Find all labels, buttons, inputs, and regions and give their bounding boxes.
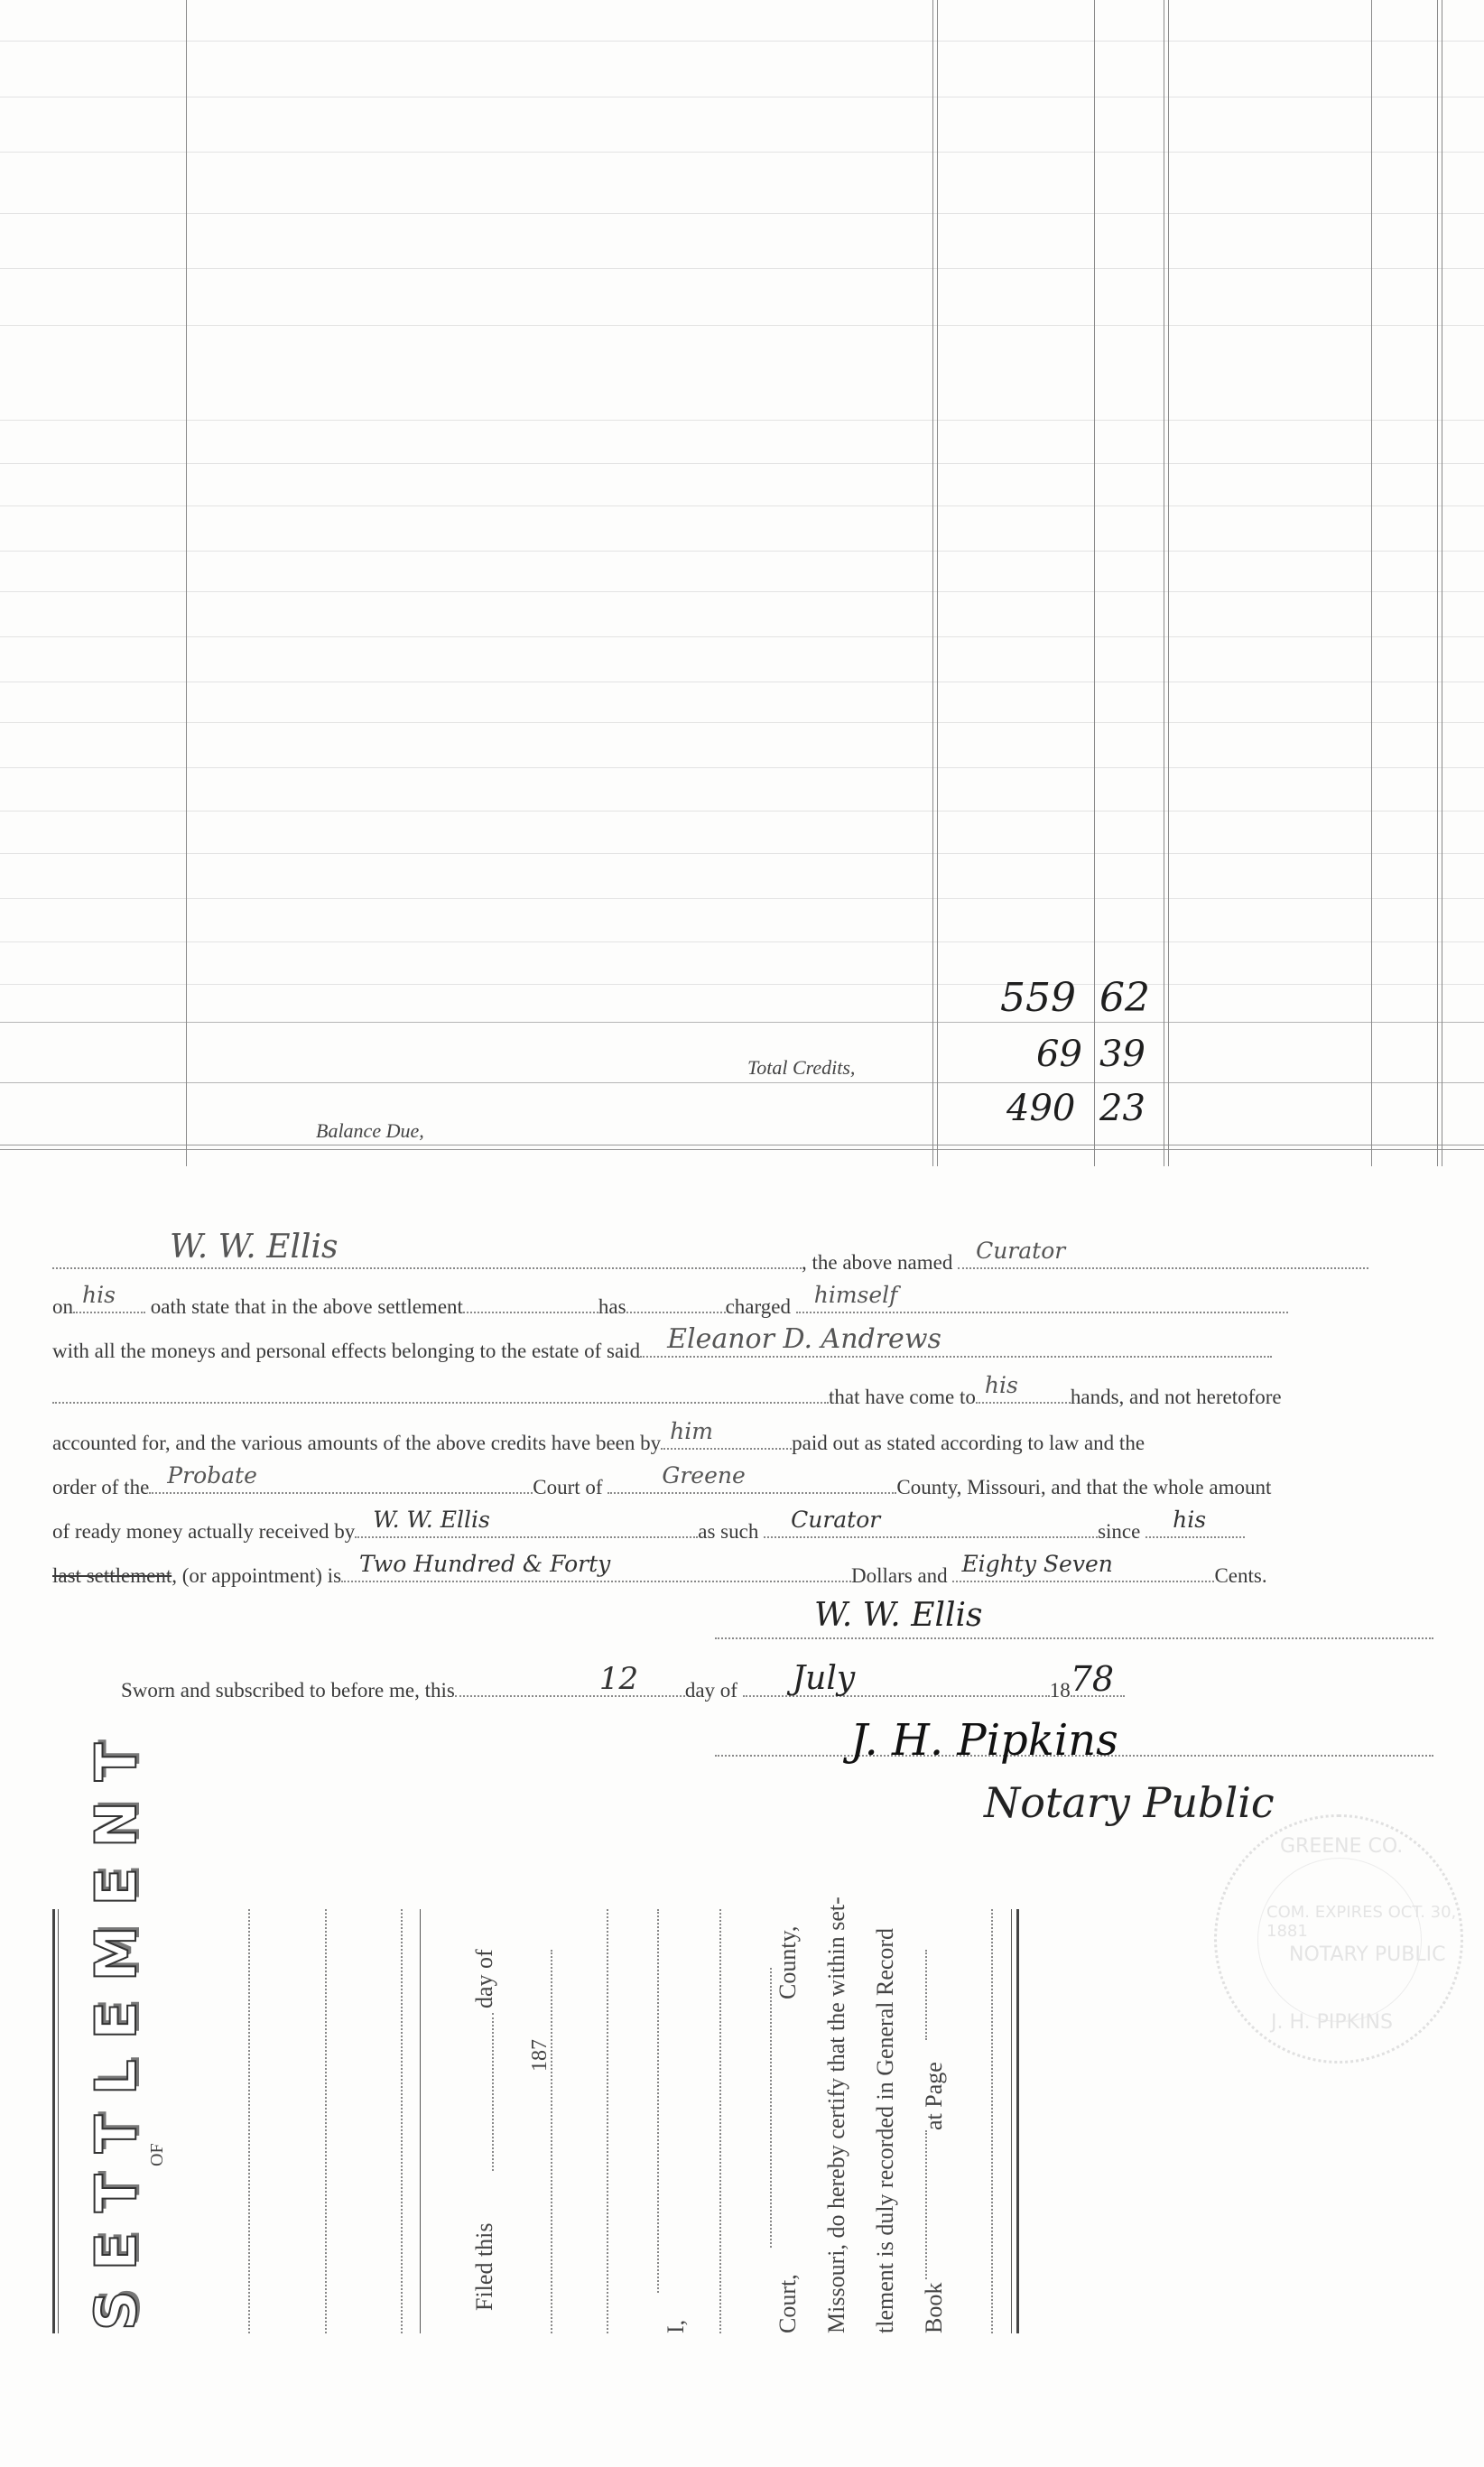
- cover-blank-line[interactable]: [991, 1909, 993, 2333]
- court-county-field[interactable]: [770, 1968, 772, 2248]
- sworn-day-field[interactable]: 12: [455, 1672, 685, 1697]
- oath-line-8: last settlement, (or appointment) isTwo …: [52, 1557, 1433, 1593]
- ledger-rule: [0, 41, 1484, 42]
- cover-border-right: [1011, 1909, 1012, 2333]
- ledger-rule: [0, 1082, 1484, 1083]
- received-by-field[interactable]: W. W. Ellis: [355, 1513, 698, 1538]
- sworn-month-field[interactable]: July: [743, 1672, 1050, 1697]
- settlement-cover: SETTLEMENT OF Filed this day of 187 I, C…: [0, 1860, 1484, 2467]
- since-field[interactable]: his: [1145, 1513, 1245, 1538]
- notary-title: Notary Public: [984, 1778, 1275, 1827]
- amount-dollars: 490: [1006, 1088, 1075, 1129]
- has-blank[interactable]: [626, 1288, 726, 1313]
- amount-cents: 39: [1099, 1034, 1145, 1075]
- ledger-rule: [0, 853, 1484, 854]
- certify-line-2: tlement is duly recorded in General Reco…: [872, 1928, 899, 2333]
- ledger-rule: [0, 463, 1484, 464]
- ledger-rule: [0, 152, 1484, 153]
- ledger-rule: [0, 682, 1484, 682]
- cover-blank-line[interactable]: [401, 1909, 403, 2333]
- ledger-rule: [0, 636, 1484, 637]
- i-label: I,: [663, 2320, 690, 2333]
- affiant-signature-line: W. W. Ellis: [715, 1614, 1433, 1650]
- ledger-rule: [0, 591, 1484, 592]
- balance-due-label: Balance Due,: [316, 1119, 424, 1143]
- balance-double-rule: [0, 1145, 1484, 1150]
- column-divider: [1437, 0, 1442, 1166]
- ledger-rule: [0, 268, 1484, 269]
- certify-line-1: Missouri, do hereby certify that the wit…: [823, 1897, 850, 2333]
- total-credits-label: Total Credits,: [747, 1056, 855, 1080]
- cover-blank-line[interactable]: [248, 1909, 250, 2333]
- day-of-label: day of: [471, 1949, 498, 2008]
- column-divider: [186, 0, 187, 1166]
- cover-blank-line[interactable]: [719, 1909, 721, 2333]
- amount-dollars: 69: [1036, 1034, 1082, 1075]
- ledger-rule: [0, 505, 1484, 506]
- cover-blank-line[interactable]: [607, 1909, 608, 2333]
- settlement-title: SETTLEMENT: [83, 1723, 149, 2331]
- cents-field[interactable]: Eighty Seven: [952, 1557, 1214, 1582]
- at-page-label: at Page: [921, 2062, 948, 2130]
- year-187-label: 187: [528, 2039, 552, 2072]
- ledger-rule: [0, 898, 1484, 899]
- has-field[interactable]: [463, 1288, 598, 1313]
- oath-line-3: with all the moneys and personal effects…: [52, 1332, 1433, 1368]
- cover-divider: [420, 1909, 421, 2333]
- amount-cents: 23: [1099, 1088, 1145, 1129]
- paid-by-field[interactable]: him: [661, 1424, 792, 1450]
- column-divider: [1164, 0, 1169, 1166]
- court-type-field[interactable]: Probate: [149, 1469, 533, 1494]
- charged-field[interactable]: himself: [796, 1288, 1288, 1313]
- filed-day-field[interactable]: [492, 2013, 494, 2171]
- filed-month-field[interactable]: [551, 1950, 552, 2333]
- cover-border-left: [52, 1909, 55, 2333]
- oath-line-1: W. W. Ellis, the above named Curator: [52, 1244, 1433, 1280]
- ledger-table: Total Credits, Balance Due, 559 62 69 39…: [0, 0, 1484, 1164]
- column-divider: [932, 0, 938, 1166]
- ledger-rule: [0, 984, 1484, 985]
- ledger-rule: [0, 941, 1484, 942]
- amount-dollars: 559: [1000, 975, 1076, 1021]
- sworn-year-field[interactable]: 78: [1071, 1672, 1125, 1697]
- cover-blank-line[interactable]: [325, 1909, 327, 2333]
- of-label: OF: [147, 2143, 168, 2166]
- pronoun-field[interactable]: his: [73, 1288, 145, 1313]
- ledger-rule: [0, 1022, 1484, 1023]
- book-label: Book: [921, 2283, 948, 2333]
- column-divider: [1371, 0, 1372, 1166]
- ledger-rule: [0, 213, 1484, 214]
- county-field[interactable]: Greene: [608, 1469, 896, 1494]
- page-number-field[interactable]: [925, 1950, 927, 2040]
- hands-pronoun-field[interactable]: his: [976, 1378, 1071, 1404]
- struck-text: last settlement: [52, 1564, 172, 1587]
- county-label: County,: [774, 1926, 802, 1999]
- oath-line-2: onhis oath state that in the above settl…: [52, 1288, 1433, 1324]
- ledger-rule: [0, 97, 1484, 97]
- name-field[interactable]: W. W. Ellis: [52, 1244, 802, 1269]
- dollars-field[interactable]: Two Hundred & Forty: [341, 1557, 851, 1582]
- oath-line-7: of ready money actually received byW. W.…: [52, 1513, 1433, 1549]
- ledger-rule: [0, 767, 1484, 768]
- as-such-field[interactable]: Curator: [764, 1513, 1098, 1538]
- estate-continued-field[interactable]: [52, 1378, 829, 1404]
- affiant-signature-field[interactable]: W. W. Ellis: [715, 1614, 1433, 1639]
- clerk-name-field[interactable]: [657, 1909, 659, 2293]
- cover-border-right: [1016, 1909, 1019, 2333]
- ledger-rule: [0, 420, 1484, 421]
- sworn-line: Sworn and subscribed to before me, this1…: [121, 1672, 1484, 1708]
- book-number-field[interactable]: [925, 2130, 927, 2279]
- ledger-rule: [0, 551, 1484, 552]
- role-field[interactable]: Curator: [958, 1244, 1368, 1269]
- column-divider: [1094, 0, 1095, 1166]
- ledger-rule: [0, 325, 1484, 326]
- ledger-rule: [0, 722, 1484, 723]
- ledger-rule: [0, 811, 1484, 812]
- oath-line-4: that have come tohishands, and not heret…: [52, 1378, 1433, 1414]
- oath-line-5: accounted for, and the various amounts o…: [52, 1424, 1433, 1461]
- notary-signature-field[interactable]: J. H. Pipkins: [715, 1731, 1433, 1757]
- court-label: Court,: [774, 2274, 802, 2333]
- cover-border-left: [58, 1909, 59, 2333]
- amount-cents: 62: [1099, 975, 1150, 1021]
- document-page: Total Credits, Balance Due, 559 62 69 39…: [0, 0, 1484, 2467]
- filed-this-label: Filed this: [471, 2222, 498, 2311]
- estate-field[interactable]: Eleanor D. Andrews: [640, 1332, 1272, 1358]
- oath-line-6: order of theProbateCourt of GreeneCounty…: [52, 1469, 1433, 1505]
- notary-signature-line: J. H. Pipkins: [715, 1731, 1433, 1767]
